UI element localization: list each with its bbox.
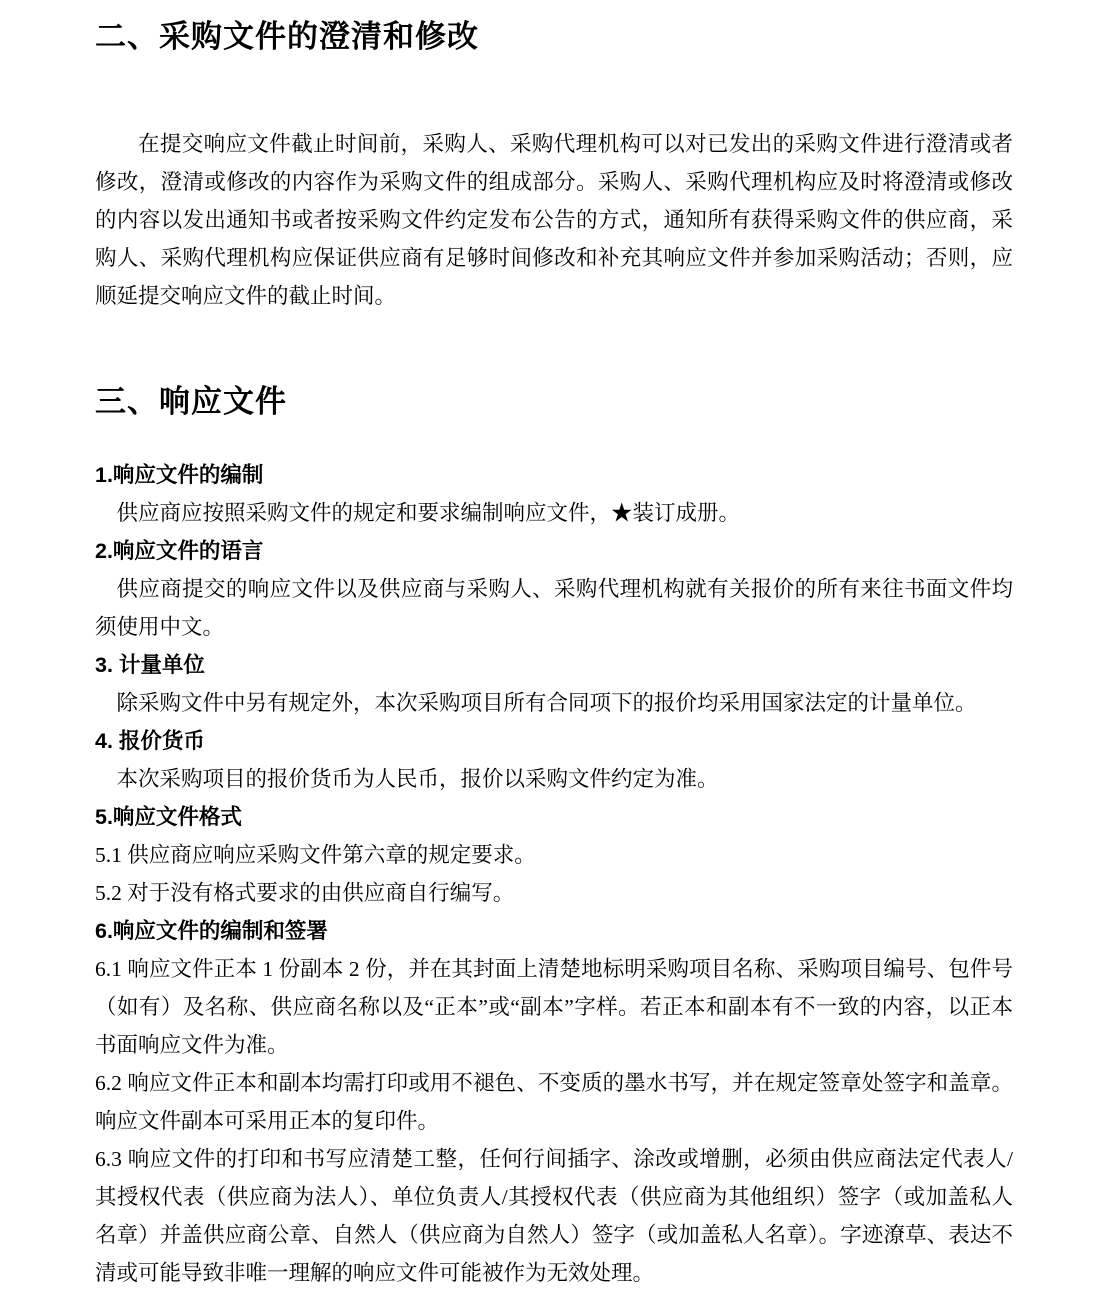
item-6-heading: 6.响应文件的编制和签署 bbox=[95, 912, 1013, 950]
item-2-body: 供应商提交的响应文件以及供应商与采购人、采购代理机构就有关报价的所有来往书面文件… bbox=[95, 570, 1013, 646]
section2-paragraph: 在提交响应文件截止时间前，采购人、采购代理机构可以对已发出的采购文件进行澄清或者… bbox=[95, 125, 1013, 315]
item-5-body-1: 5.1 供应商应响应采购文件第六章的规定要求。 bbox=[95, 836, 1013, 874]
section3-heading: 三、响应文件 bbox=[95, 383, 1013, 420]
item-6-body-1: 6.1 响应文件正本 1 份副本 2 份，并在其封面上清楚地标明采购项目名称、采… bbox=[95, 950, 1013, 1064]
item-1-heading: 1.响应文件的编制 bbox=[95, 456, 1013, 494]
item-1-body: 供应商应按照采购文件的规定和要求编制响应文件，★装订成册。 bbox=[95, 494, 1013, 532]
item-2-heading: 2.响应文件的语言 bbox=[95, 532, 1013, 570]
item-6-body-2: 6.2 响应文件正本和副本均需打印或用不褪色、不变质的墨水书写，并在规定签章处签… bbox=[95, 1064, 1013, 1140]
item-3-heading: 3. 计量单位 bbox=[95, 646, 1013, 684]
item-4-heading: 4. 报价货币 bbox=[95, 722, 1013, 760]
section3-items: 1.响应文件的编制 供应商应按照采购文件的规定和要求编制响应文件，★装订成册。 … bbox=[95, 456, 1013, 1292]
item-5-heading: 5.响应文件格式 bbox=[95, 798, 1013, 836]
document-page: 二、采购文件的澄清和修改 在提交响应文件截止时间前，采购人、采购代理机构可以对已… bbox=[0, 0, 1094, 1298]
section2-heading: 二、采购文件的澄清和修改 bbox=[95, 18, 1013, 55]
item-5-body-2: 5.2 对于没有格式要求的由供应商自行编写。 bbox=[95, 874, 1013, 912]
item-4-body: 本次采购项目的报价货币为人民币，报价以采购文件约定为准。 bbox=[95, 760, 1013, 798]
item-6-body-3: 6.3 响应文件的打印和书写应清楚工整，任何行间插字、涂改或增删，必须由供应商法… bbox=[95, 1140, 1013, 1292]
item-3-body: 除采购文件中另有规定外，本次采购项目所有合同项下的报价均采用国家法定的计量单位。 bbox=[95, 684, 1013, 722]
